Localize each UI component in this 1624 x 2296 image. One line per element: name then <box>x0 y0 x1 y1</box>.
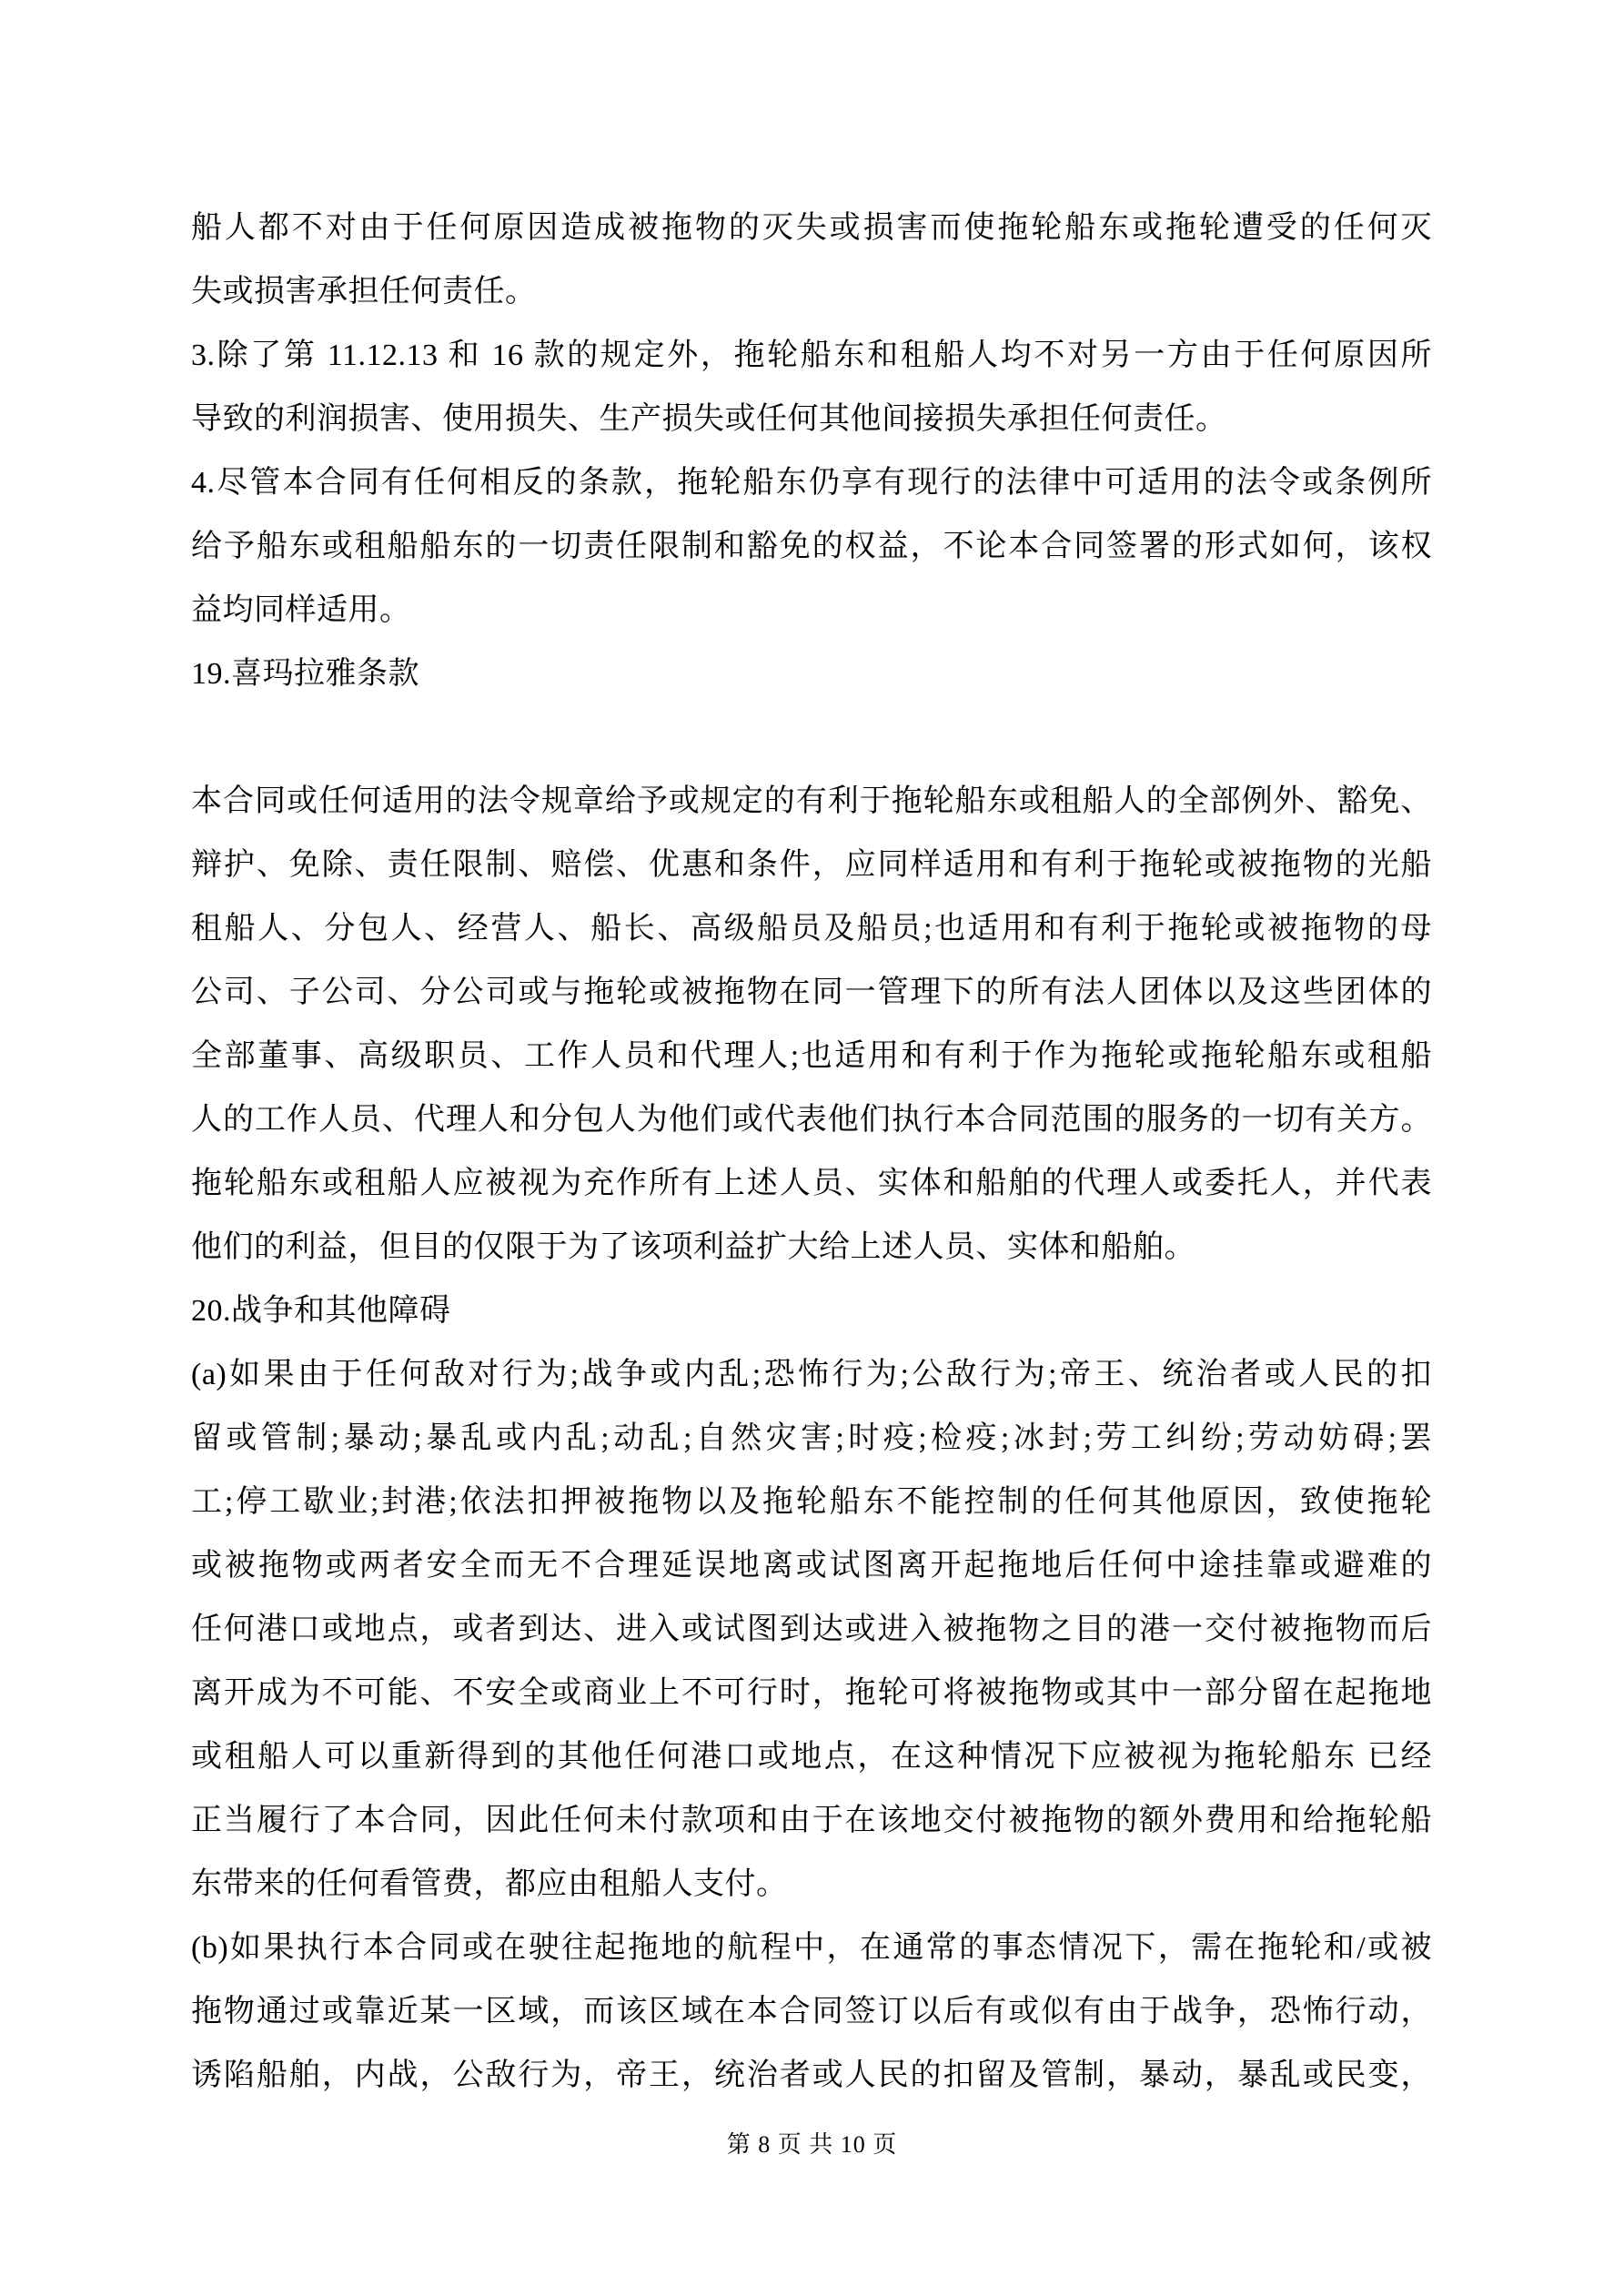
text-line: 4.尽管本合同有任何相反的条款，拖轮船东仍享有现行的法律中可适用的法令或条例所 <box>191 451 1432 515</box>
text-line: 工;停工歇业;封港;依法扣押被拖物以及拖轮船东不能控制的任何其他原因，致使拖轮 <box>191 1471 1432 1534</box>
text-line: 他们的利益，但目的仅限于为了该项利益扩大给上述人员、实体和船舶。 <box>191 1216 1432 1279</box>
text-line: 租船人、分包人、经营人、船长、高级船员及船员;也适用和有利于拖轮或被拖物的母 <box>191 897 1432 961</box>
text-line: 人的工作人员、代理人和分包人为他们或代表他们执行本合同范围的服务的一切有关方。 <box>191 1088 1432 1152</box>
text-line: 辩护、免除、责任限制、赔偿、优惠和条件，应同样适用和有利于拖轮或被拖物的光船 <box>191 834 1432 897</box>
text-line: 船人都不对由于任何原因造成被拖物的灭失或损害而使拖轮船东或拖轮遭受的任何灭 <box>191 197 1432 260</box>
text-line: (a)如果由于任何敌对行为;战争或内乱;恐怖行为;公敌行为;帝王、统治者或人民的… <box>191 1343 1432 1407</box>
text-line: 导致的利润损害、使用损失、生产损失或任何其他间接损失承担任何责任。 <box>191 388 1432 451</box>
text-line: 拖物通过或靠近某一区域，而该区域在本合同签订以后有或似有由于战争，恐怖行动， <box>191 1980 1432 2044</box>
clause-heading-20: 20.战争和其他障碍 <box>191 1279 1432 1343</box>
text-line: 任何港口或地点，或者到达、进入或试图到达或进入被拖物之目的港一交付被拖物而后 <box>191 1598 1432 1662</box>
text-line: 公司、子公司、分公司或与拖轮或被拖物在同一管理下的所有法人团体以及这些团体的 <box>191 961 1432 1025</box>
blank-line <box>191 706 1432 770</box>
clause-heading-19: 19.喜玛拉雅条款 <box>191 642 1432 706</box>
text-line: 留或管制;暴动;暴乱或内乱;动乱;自然灾害;时疫;检疫;冰封;劳工纠纷;劳动妨碍… <box>191 1407 1432 1471</box>
text-line: 东带来的任何看管费，都应由租船人支付。 <box>191 1853 1432 1917</box>
text-line: 益均同样适用。 <box>191 579 1432 642</box>
text-line: 拖轮船东或租船人应被视为充作所有上述人员、实体和船舶的代理人或委托人，并代表 <box>191 1152 1432 1216</box>
document-page-body: 船人都不对由于任何原因造成被拖物的灭失或损害而使拖轮船东或拖轮遭受的任何灭 失或… <box>191 197 1432 2108</box>
text-line: 3.除了第 11.12.13 和 16 款的规定外，拖轮船东和租船人均不对另一方… <box>191 324 1432 388</box>
text-line: 诱陷船舶，内战，公敌行为，帝王，统治者或人民的扣留及管制，暴动，暴乱或民变， <box>191 2044 1432 2108</box>
text-line: 本合同或任何适用的法令规章给予或规定的有利于拖轮船东或租船人的全部例外、豁免、 <box>191 770 1432 834</box>
text-line: (b)如果执行本合同或在驶往起拖地的航程中，在通常的事态情况下，需在拖轮和/或被 <box>191 1917 1432 1980</box>
text-line: 全部董事、高级职员、工作人员和代理人;也适用和有利于作为拖轮或拖轮船东或租船 <box>191 1025 1432 1088</box>
text-line: 给予船东或租船船东的一切责任限制和豁免的权益，不论本合同签署的形式如何，该权 <box>191 515 1432 579</box>
text-line: 或租船人可以重新得到的其他任何港口或地点，在这种情况下应被视为拖轮船东 已经 <box>191 1725 1432 1789</box>
text-line: 离开成为不可能、不安全或商业上不可行时，拖轮可将被拖物或其中一部分留在起拖地 <box>191 1662 1432 1725</box>
text-line: 正当履行了本合同，因此任何未付款项和由于在该地交付被拖物的额外费用和给拖轮船 <box>191 1789 1432 1853</box>
text-line: 或被拖物或两者安全而无不合理延误地离或试图离开起拖地后任何中途挂靠或避难的 <box>191 1534 1432 1598</box>
text-line: 失或损害承担任何责任。 <box>191 260 1432 324</box>
page-number-footer: 第 8 页 共 10 页 <box>0 2122 1624 2168</box>
